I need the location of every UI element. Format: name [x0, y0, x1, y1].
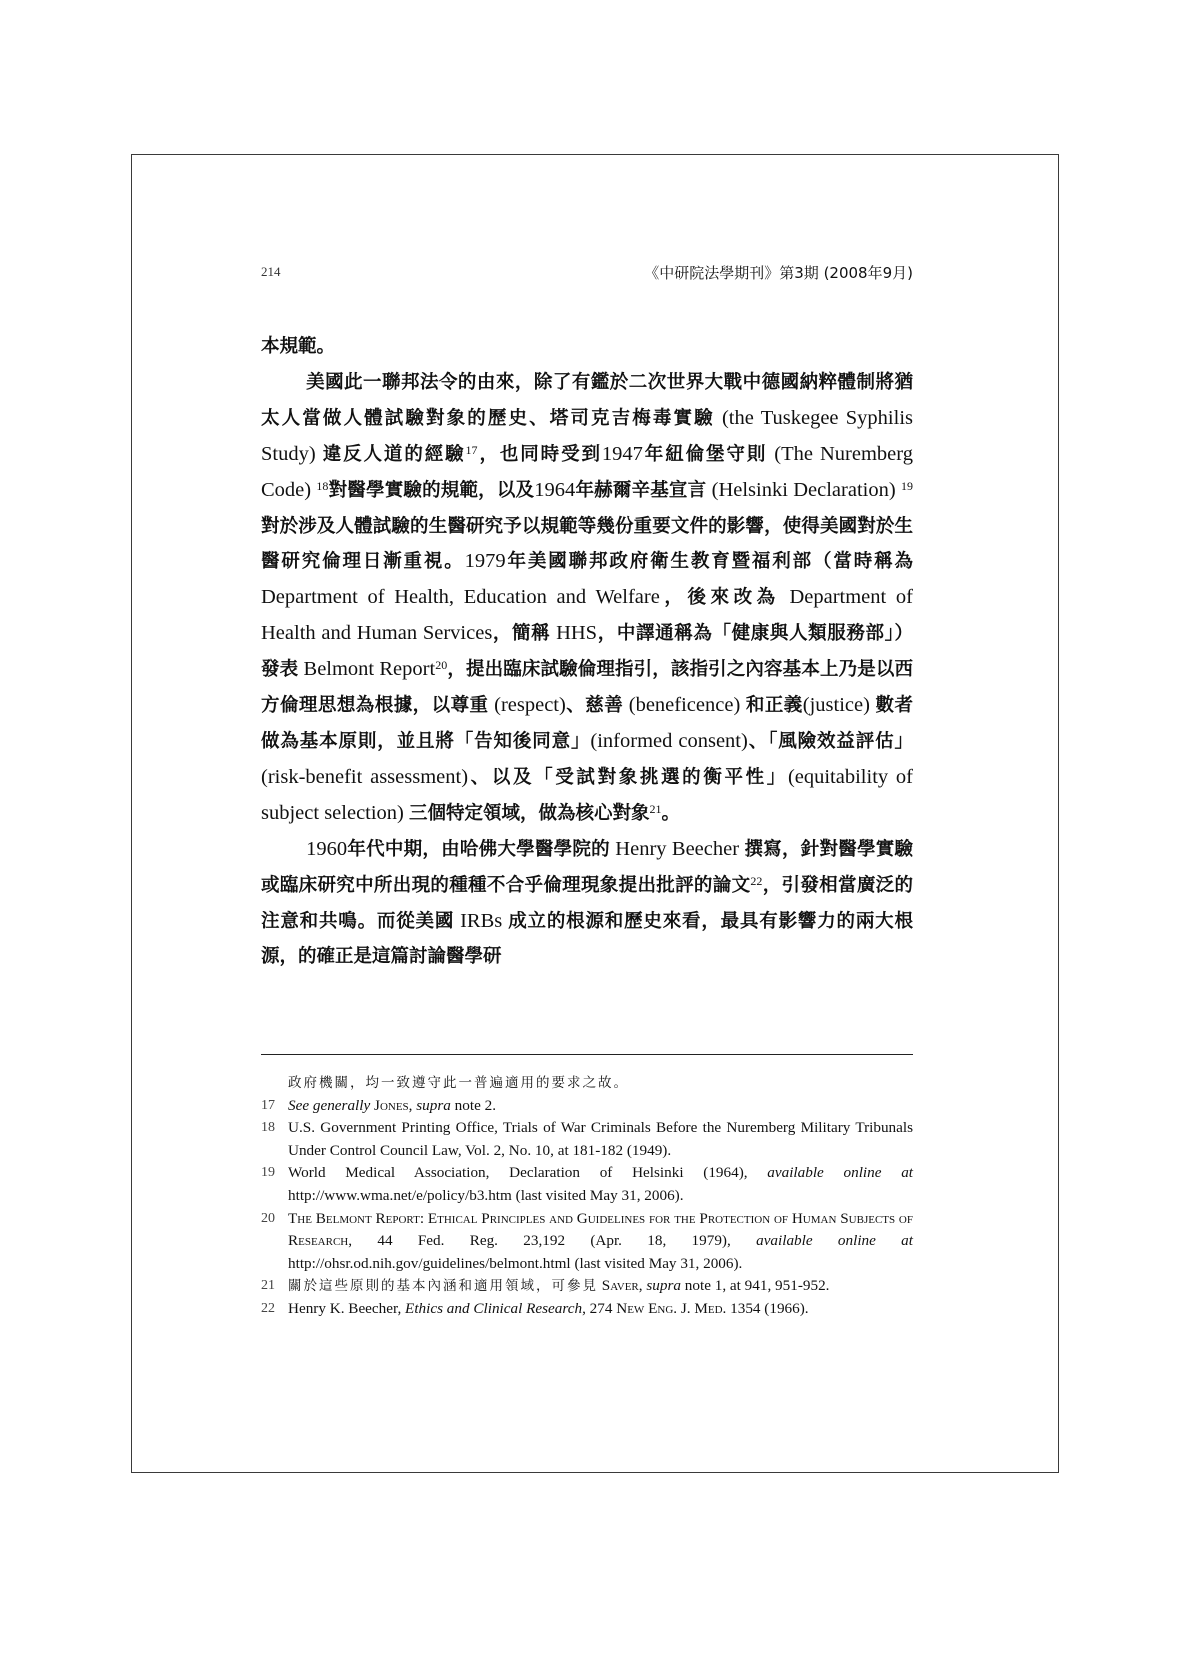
footnote-text: Jones — [374, 1097, 409, 1114]
footnote-ref[interactable]: 20 — [435, 658, 447, 672]
footnote-text: note 2. — [451, 1097, 496, 1114]
footnote-ref[interactable]: 19 — [901, 479, 913, 493]
text-run: (respect) — [489, 694, 566, 716]
footnote: 22Henry K. Beecher, Ethics and Clinical … — [261, 1298, 913, 1321]
text-run: ，也同時受到 — [478, 444, 602, 465]
footnote-text: available online at — [756, 1232, 913, 1249]
text-run: IRBs — [454, 910, 508, 932]
footnote-text: Henry K. Beecher, — [288, 1300, 405, 1317]
footnote-text: , 274 — [582, 1300, 616, 1317]
footnote-text: New Eng. J. Med. — [616, 1300, 726, 1317]
text-run: ，簡稱 — [492, 623, 550, 644]
text-run: 年代中期，由哈佛大學醫學院的 — [347, 839, 610, 860]
text-run: HHS — [550, 622, 597, 644]
footnote-list: 17See generally Jones, supra note 2.18U.… — [261, 1095, 913, 1321]
text-run: Department of Health, Education and Welf… — [261, 586, 660, 608]
footnote: 21關於這些原則的基本內涵和適用領域，可參見 Saver, supra note… — [261, 1275, 913, 1298]
paragraph: 1960年代中期，由哈佛大學醫學院的 Henry Beecher 撰寫，針對醫學… — [261, 832, 913, 976]
text-run: 、以及「受試對象挑選的衡平性」 — [468, 767, 788, 788]
text-run: 三個特定領域，做為核心對象 — [409, 803, 650, 824]
text-run: 、「風險效益評估」 — [748, 731, 913, 752]
footnote-text: See generally — [288, 1097, 370, 1114]
footnote-ref[interactable]: 22 — [750, 874, 762, 888]
text-run: 違反人道的經驗 — [323, 444, 466, 465]
footnote-text: http://www.wma.net/e/policy/b3.htm (last… — [288, 1187, 684, 1204]
text-run: (beneficence) — [623, 694, 746, 716]
footnote-text: Ethics and Clinical Research — [405, 1300, 582, 1317]
footnote-ref[interactable]: 18 — [316, 479, 328, 493]
footnote-ref[interactable]: 21 — [650, 802, 662, 816]
footnote-text: World Medical Association, Declaration o… — [288, 1164, 767, 1181]
footnote-ref[interactable]: 17 — [466, 443, 478, 457]
text-run: 1960 — [306, 838, 347, 860]
footnote: 20The Belmont Report: Ethical Principles… — [261, 1208, 913, 1276]
footnote-rule — [261, 1054, 913, 1055]
text-run: 。 — [662, 803, 681, 824]
footnote-number: 21 — [261, 1275, 275, 1298]
text-run: (justice) — [803, 694, 876, 716]
footnote-text: http://ohsr.od.nih.gov/guidelines/belmon… — [288, 1255, 742, 1272]
text-run: (informed consent) — [590, 730, 747, 752]
text-run: 1979 — [465, 550, 506, 572]
text-run: 和正義 — [746, 695, 803, 716]
journal-title: 《中研院法學期刊》第3期 (2008年9月) — [644, 262, 913, 283]
footnotes: 政府機關，均一致遵守此一普遍適用的要求之故。 17See generally J… — [261, 1072, 913, 1321]
footnote-number: 19 — [261, 1162, 275, 1185]
footnote-text: 關於這些原則的基本內涵和適用領域，可參見 — [288, 1278, 598, 1294]
text-run: ，後來改為 — [660, 587, 780, 608]
text-run: 、慈善 — [566, 695, 623, 716]
footnote-text: Saver — [602, 1277, 639, 1294]
text-run: 年美國聯邦政府衛生教育暨福利部（當時稱為 — [506, 551, 913, 572]
footnote-text: U.S. Government Printing Office, Trials … — [288, 1119, 913, 1159]
footnote: 17See generally Jones, supra note 2. — [261, 1095, 913, 1118]
footnote: 19World Medical Association, Declaration… — [261, 1162, 913, 1207]
paragraph-continued: 本規範。 — [261, 330, 913, 365]
footnote-text: supra — [646, 1277, 681, 1294]
footnote-text: note 1, at 941, 951-952. — [681, 1277, 829, 1294]
footnote-number: 20 — [261, 1208, 275, 1231]
footnote-number: 17 — [261, 1095, 275, 1118]
footnote-text: , 44 Fed. Reg. 23,192 (Apr. 18, 1979), — [348, 1232, 756, 1249]
text-run: 年赫爾辛基宣言 — [575, 480, 706, 501]
page-number: 214 — [261, 264, 281, 280]
text-run: Belmont Report — [298, 658, 435, 680]
running-header: 214 《中研院法學期刊》第3期 (2008年9月) — [261, 262, 913, 286]
text-run: 對醫學實驗的規範，以及 — [328, 480, 534, 501]
footnote-text: supra — [416, 1097, 451, 1114]
text-run: 1947 — [602, 443, 643, 465]
footnote-number: 18 — [261, 1117, 275, 1140]
text-run: 年紐倫堡守則 — [643, 444, 767, 465]
text-run: Henry Beecher — [610, 838, 745, 860]
text-run: (risk-benefit assessment) — [261, 766, 468, 788]
paragraph: 美國此一聯邦法令的由來，除了有鑑於二次世界大戰中德國納粹體制將猶太人當做人體試驗… — [261, 365, 913, 832]
footnote-continued: 政府機關，均一致遵守此一普遍適用的要求之故。 — [261, 1072, 913, 1095]
body-text: 本規範。 美國此一聯邦法令的由來，除了有鑑於二次世界大戰中德國納粹體制將猶太人當… — [261, 330, 913, 975]
footnote: 18U.S. Government Printing Office, Trial… — [261, 1117, 913, 1162]
footnote-number: 22 — [261, 1298, 275, 1321]
footnote-text: 1354 (1966). — [726, 1300, 808, 1317]
text-run: (Helsinki Declaration) — [706, 479, 901, 501]
text-run: 1964 — [534, 479, 575, 501]
footnote-text: available online at — [767, 1164, 913, 1181]
